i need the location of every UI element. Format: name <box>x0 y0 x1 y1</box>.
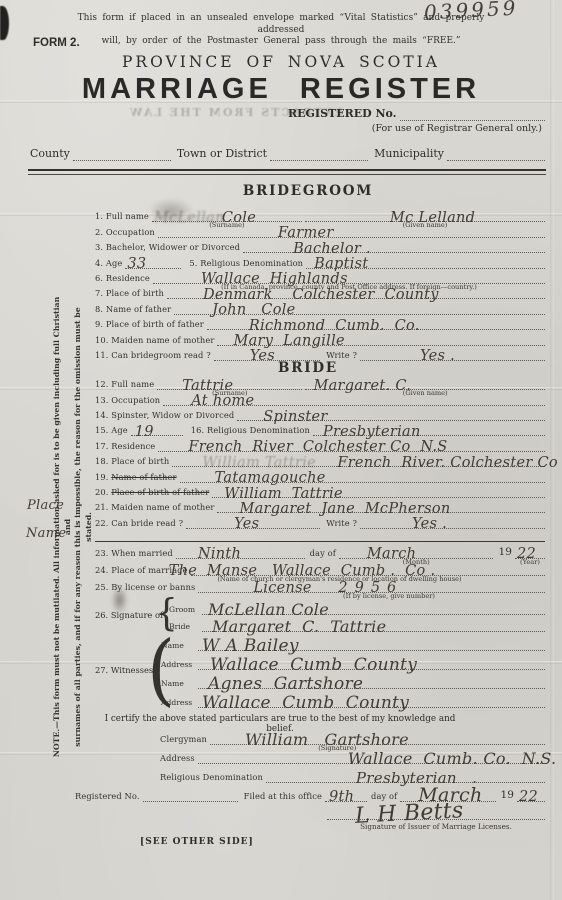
row-bride-full-name: 12. Full name Tattrie (Surname) Margaret… <box>95 375 545 390</box>
registrar-only-note: (For use of Registrar General only.) <box>372 123 542 134</box>
county-line <box>73 155 171 161</box>
row-witness1-address: Address Wallace Cumb County <box>161 651 545 670</box>
bride-mother-label: 21. Maiden name of mother <box>95 502 214 513</box>
certification-statement: I certify the above stated particulars a… <box>95 714 545 726</box>
clergyman-address-label: Address <box>160 753 195 764</box>
row-place-of-marriage: 24. Place of marriage The Manse Wallace … <box>95 559 545 576</box>
label-number: 20. <box>95 487 109 497</box>
when-married-label: 23. When married <box>95 548 173 559</box>
bridegroom-heading: BRIDEGROOM <box>83 184 533 198</box>
double-rule <box>28 169 546 175</box>
groom-sublabel: Groom <box>169 605 199 615</box>
bride-residence-label: 17. Residence <box>95 441 155 452</box>
bride-write-line: Yes . <box>360 523 545 529</box>
row-groom-birthplace: 7. Place of birth Denmark Colchester Cou… <box>95 284 545 299</box>
bride-occupation-label: 13. Occupation <box>95 395 160 406</box>
town-line <box>270 155 368 161</box>
witness-address-label: Address <box>161 660 195 670</box>
bride-birthplace-label: 18. Place of birth <box>95 456 169 467</box>
label-number: 19. <box>95 472 109 482</box>
row-groom-residence: 6. Residence Wallace Highlands (If in Ca… <box>95 269 545 284</box>
groom-read-label: 11. Can bridegroom read ? <box>95 350 211 361</box>
struck-label-text: Place of birth of father <box>111 487 209 497</box>
bride-read-label: 22. Can bride read ? <box>95 518 183 529</box>
scan-artifact-blob <box>0 6 9 40</box>
row-bride-status: 14. Spinster, Widow or Divorced Spinster <box>95 406 545 421</box>
bride-write-value: Yes . <box>412 517 447 532</box>
struck-label-text: Name of father <box>111 472 176 482</box>
row-clergyman-address: Address Wallace Cumb. Co. N.S. <box>95 745 545 764</box>
signature-lines: Groom McLellan Cole Bride Margaret C. Ta… <box>169 598 545 632</box>
bride-read-value: Yes <box>234 517 259 532</box>
groom-mother-label: 10. Maiden name of mother <box>95 335 214 346</box>
clergyman-label: Clergyman <box>160 734 207 745</box>
row-witness1-name: Name W A Bailey <box>161 632 545 651</box>
registered-no-label: REGISTERED No. <box>288 107 397 121</box>
signature-of-label: 26. Signature of <box>95 610 155 620</box>
filed-label: Filed at this office <box>244 791 322 802</box>
row-bride-father-birthplace: 20. Place of birth of father William Tat… <box>95 483 545 498</box>
row-bride-literacy: 22. Can bride read ? Yes Write ? Yes . <box>95 513 545 528</box>
groom-full-name-label: 1. Full name <box>95 211 149 222</box>
groom-religion-label: 5. Religious Denomination <box>189 258 303 269</box>
groom-status-label: 3. Bachelor, Widower or Divorced <box>95 242 240 253</box>
margin-annotation-name: Name <box>26 527 66 540</box>
bride-father-birthplace-label: 20. Place of birth of father <box>95 487 209 498</box>
issuer-signature-line: L H Betts <box>327 801 545 820</box>
issuer-signature: L H Betts <box>354 800 464 828</box>
bride-status-label: 14. Spinster, Widow or Divorced <box>95 410 234 421</box>
bride-write-label: Write ? <box>326 518 357 529</box>
registered-no-row: REGISTERED No. <box>288 107 545 121</box>
row-groom-signature: Groom McLellan Cole <box>169 598 545 615</box>
row-bride-occupation: 13. Occupation At home <box>95 390 545 405</box>
groom-father-label: 8. Name of father <box>95 304 171 315</box>
witnesses-label: 27. Witnesses. <box>95 665 147 675</box>
witness-address-label: Address <box>161 698 195 708</box>
row-groom-literacy: 11. Can bridegroom read ? Yes Write ? Ye… <box>95 346 545 361</box>
form-body: BRIDEGROOM 1. Full name McLellan Cole (S… <box>95 184 545 847</box>
witness-name-label: Name <box>161 679 195 689</box>
province-heading: PROVINCE OF NOVA SCOTIA <box>0 53 562 71</box>
municipality-label: Municipality <box>374 147 444 161</box>
bride-religion-label: 16. Religious Denomination <box>191 425 310 436</box>
witnesses-block: 27. Witnesses. ( Name W A Bailey Address… <box>95 632 545 708</box>
denomination-label: Religious Denomination <box>160 772 263 783</box>
marriage-register-document: 039959 This form if placed in an unseale… <box>0 0 562 900</box>
page-title: MARRIAGE REGISTER <box>0 73 562 106</box>
margin-annotation-place: Place <box>27 499 64 512</box>
row-bride-residence: 17. Residence French River Colchester Co… <box>95 436 545 451</box>
row-witness2-name: Name Agnes Gartshore <box>161 670 545 689</box>
row-bride-signature: Bride Margaret C. Tattrie <box>169 615 545 632</box>
row-clergyman: Clergyman William Gartshore (Signature) <box>95 726 545 745</box>
row-groom-father-birthplace: 9. Place of birth of father Richmond Cum… <box>95 315 545 330</box>
row-bride-birthplace: 18. Place of birth William Tattrie Frenc… <box>95 452 545 467</box>
row-groom-mother: 10. Maiden name of mother Mary Langille <box>95 330 545 345</box>
row-witness2-address: Address Wallace Cumb County <box>161 689 545 708</box>
groom-occupation-label: 2. Occupation <box>95 227 155 238</box>
row-license-or-banns: 25. By license or banns License 2956 (If… <box>95 576 545 593</box>
witness-lines: Name W A Bailey Address Wallace Cumb Cou… <box>161 632 545 708</box>
municipality-line <box>447 155 545 161</box>
row-when-married: 23. When married Ninth day of March (Mon… <box>95 542 545 559</box>
row-groom-status: 3. Bachelor, Widower or Divorced Bachelo… <box>95 238 545 253</box>
row-bride-mother: 21. Maiden name of mother Margaret Jane … <box>95 498 545 513</box>
bride-age-label: 15. Age <box>95 425 128 436</box>
bride-father-label: 19. Name of father <box>95 472 177 483</box>
day-of-label: day of <box>310 548 336 559</box>
row-groom-full-name: 1. Full name McLellan Cole (Surname) Mc … <box>95 207 545 222</box>
postal-notice-line1: This form if placed in an unsealed envel… <box>55 13 507 36</box>
county-label: County <box>30 147 70 161</box>
postal-notice: This form if placed in an unsealed envel… <box>55 13 507 48</box>
license-line: License 2956 (If by license, give number… <box>198 587 545 593</box>
witness2-address-line: Wallace Cumb County <box>198 702 545 708</box>
brace: ( <box>147 639 161 701</box>
row-registered-filed: Registered No. Filed at this office 9th … <box>75 783 545 802</box>
bride-full-name-label: 12. Full name <box>95 379 154 390</box>
witness-name-label: Name <box>161 641 195 651</box>
postal-notice-line2: will, by order of the Postmaster General… <box>55 36 507 48</box>
license-label: 25. By license or banns <box>95 582 195 593</box>
bride-heading: BRIDE <box>83 361 533 375</box>
year-prefix: 19 <box>498 546 512 559</box>
see-other-side-note: [SEE OTHER SIDE] <box>140 837 545 847</box>
license-value: License <box>253 581 311 596</box>
form-number: FORM 2. <box>33 37 80 49</box>
row-clergyman-denomination: Religious Denomination Presbyterian . <box>95 764 545 783</box>
row-groom-age-religion: 4. Age 33 5. Religious Denomination Bapt… <box>95 253 545 268</box>
groom-age-label: 4. Age <box>95 258 122 269</box>
witness2-address: Wallace Cumb County <box>202 695 409 712</box>
groom-residence-label: 6. Residence <box>95 273 150 284</box>
row-bride-age-religion: 15. Age 19 16. Religious Denomination Pr… <box>95 421 545 436</box>
groom-father-birthplace-label: 9. Place of birth of father <box>95 319 204 330</box>
row-issuer-signature: L H Betts <box>95 802 545 820</box>
registered-no-line <box>400 115 545 121</box>
groom-birthplace-label: 7. Place of birth <box>95 288 164 299</box>
town-label: Town or District <box>177 147 267 161</box>
registered-no-label: Registered No. <box>75 791 140 802</box>
row-groom-father: 8. Name of father John Cole <box>95 299 545 314</box>
row-groom-occupation: 2. Occupation Farmer <box>95 222 545 237</box>
bride-read-line: Yes <box>186 523 320 529</box>
county-row: County Town or District Municipality <box>30 146 545 161</box>
row-bride-father: 19. Name of father Tatamagouche <box>95 467 545 482</box>
